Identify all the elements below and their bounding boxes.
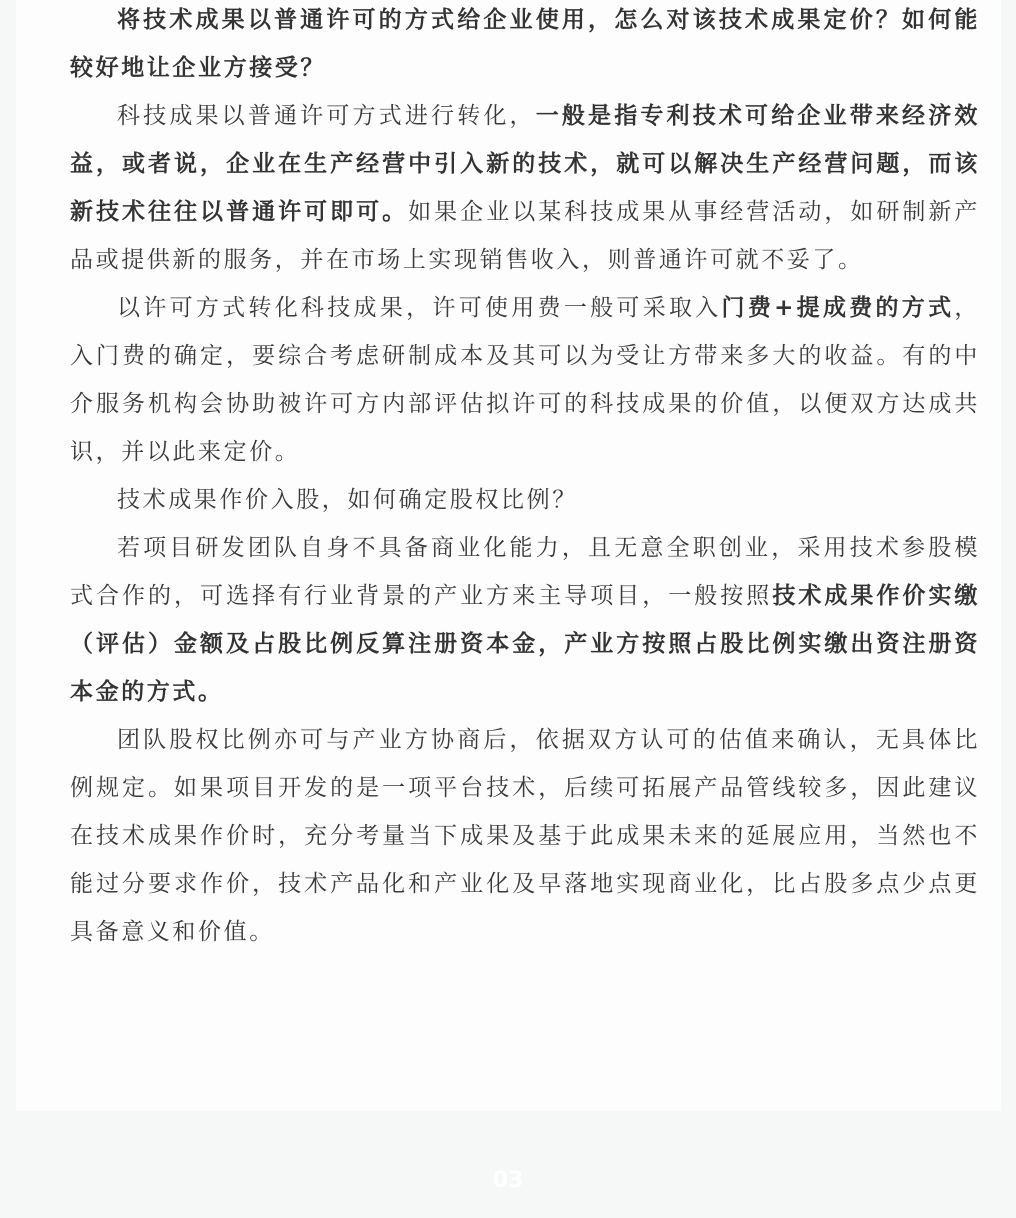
bold-text-segment: 门费+提成费的方式 xyxy=(722,295,955,321)
paragraph-ordinary-license: 科技成果以普通许可方式进行转化，一般是指专利技术可给企业带来经济效益，或者说，企… xyxy=(70,92,980,284)
text-segment: 以许可方式转化科技成果，许可使用费一般可采取入 xyxy=(117,295,722,321)
article-card: 将技术成果以普通许可的方式给企业使用，怎么对该技术成果定价？如何能较好地让企业方… xyxy=(16,0,1001,1111)
question-paragraph-licensing-pricing: 将技术成果以普通许可的方式给企业使用，怎么对该技术成果定价？如何能较好地让企业方… xyxy=(70,0,980,92)
page-number: 03 xyxy=(0,1168,1016,1193)
text-segment: 团队股权比例亦可与产业方协商后，依据双方认可的估值来确认，无具体比例规定。如果项… xyxy=(70,727,980,945)
question-text: 技术成果作价入股，如何确定股权比例？ xyxy=(117,487,578,513)
paragraph-equity-model: 若项目研发团队自身不具备商业化能力，且无意全职创业，采用技术参股模式合作的，可选… xyxy=(70,524,980,716)
article-body: 将技术成果以普通许可的方式给企业使用，怎么对该技术成果定价？如何能较好地让企业方… xyxy=(70,0,980,956)
text-segment: 科技成果以普通许可方式进行转化， xyxy=(117,103,536,129)
question-text: 将技术成果以普通许可的方式给企业使用，怎么对该技术成果定价？如何能较好地让企业方… xyxy=(70,7,980,81)
question-paragraph-equity-ratio: 技术成果作价入股，如何确定股权比例？ xyxy=(70,476,980,524)
paragraph-team-equity: 团队股权比例亦可与产业方协商后，依据双方认可的估值来确认，无具体比例规定。如果项… xyxy=(70,716,980,956)
paragraph-license-fee: 以许可方式转化科技成果，许可使用费一般可采取入门费+提成费的方式，入门费的确定，… xyxy=(70,284,980,476)
